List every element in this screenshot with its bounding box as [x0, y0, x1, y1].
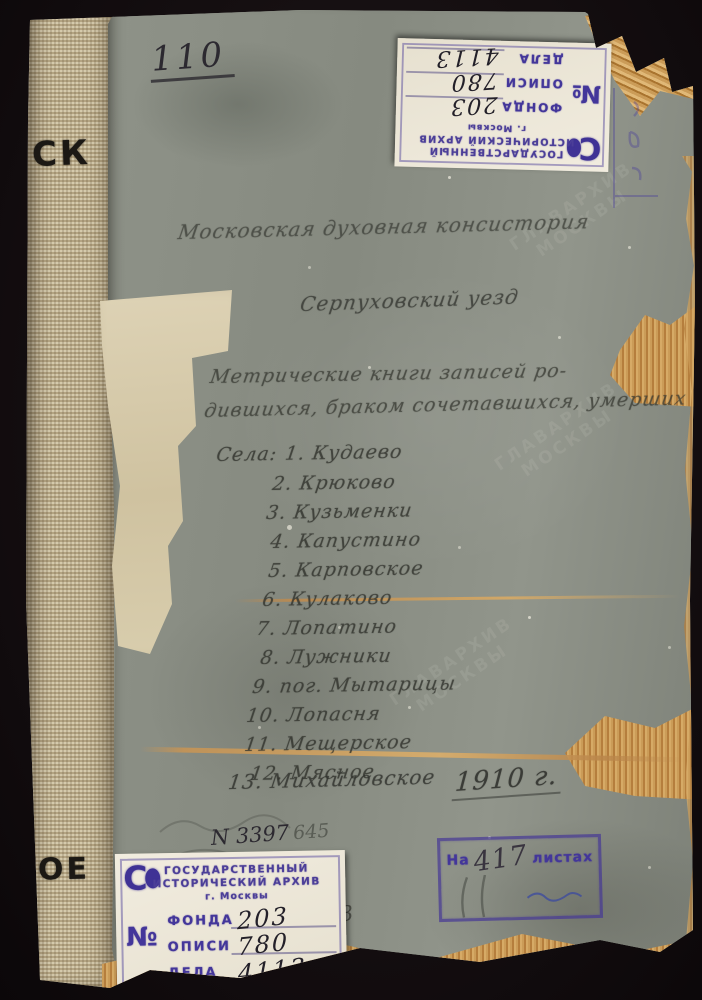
village-list-prefix: Села:	[215, 443, 279, 466]
village-row: 7. Лопатино	[254, 615, 458, 647]
village-name: Кузьменки	[292, 499, 414, 523]
village-num: 10.	[245, 704, 281, 727]
village-final-num: 13.	[227, 769, 265, 794]
delo-row: ДЕЛА4113	[404, 43, 563, 71]
numero-sign: №	[126, 922, 158, 987]
book-spine-canvas: СК ОЕ	[22, 6, 114, 988]
archive-logo-letter: С	[579, 134, 602, 162]
fond-value: 203	[448, 93, 497, 118]
village-num: 2.	[271, 473, 294, 495]
archive-name: ГОСУДАРСТВЕННЫЙ ИСТОРИЧЕСКИЙ АРХИВ г. Мо…	[152, 862, 321, 904]
village-name: пог. Мытарицы	[278, 672, 457, 697]
spine-code-top: СК	[31, 133, 91, 175]
faint-stamp-marks	[600, 84, 670, 214]
delo-row: ДЕЛА4113	[168, 957, 339, 986]
label-header: С ГОСУДАРСТВЕННЫЙ ИСТОРИЧЕСКИЙ АРХИВ г. …	[394, 119, 609, 172]
opis-row: ОПИСИ780	[404, 67, 563, 95]
archive-logo-letter: С	[123, 863, 148, 893]
sheet-count-prefix: На	[446, 852, 470, 869]
village-row: 9. пог. Мытарицы	[250, 672, 458, 705]
spine-code-bottom: ОЕ	[38, 852, 91, 888]
verification-signature-scribble	[441, 872, 592, 920]
sheet-count-value: 417	[472, 840, 531, 879]
delo-label: ДЕЛА	[168, 965, 230, 981]
village-row: 5. Карповское	[266, 557, 458, 589]
opis-label: ОПИСИ	[505, 74, 563, 89]
opis-row: ОПИСИ780	[168, 931, 339, 960]
sheet-count-suffix: листах	[532, 849, 593, 867]
fond-row: ФОНДА203	[167, 905, 338, 934]
inventory-pencil: 645	[292, 820, 330, 844]
archive-name: ГОСУДАРСТВЕННЫЙ ИСТОРИЧЕСКИЙ АРХИВ г. Мо…	[418, 120, 575, 160]
label-rows: ФОНДА203 ОПИСИ780 ДЕЛА4113	[167, 905, 339, 986]
fond-row: ФОНДА203	[403, 91, 562, 119]
village-num: 11.	[243, 733, 279, 756]
village-row: 6. Кулаково	[260, 586, 458, 618]
fond-label: ФОНДА	[504, 99, 562, 114]
village-num: 9.	[251, 676, 274, 698]
village-num: 1.	[284, 442, 307, 464]
village-num: 7.	[255, 618, 278, 640]
village-num: 6.	[261, 589, 284, 611]
opis-value: 780	[449, 69, 498, 94]
sheet-count-stamp: На 417 листах	[437, 834, 603, 922]
village-row: 4. Капустино	[268, 528, 458, 560]
delo-label: ДЕЛА	[506, 50, 564, 65]
village-name: Капустино	[296, 528, 423, 552]
delo-value: 4113	[434, 44, 499, 70]
label-body: № ФОНДА203 ОПИСИ780 ДЕЛА4113	[396, 43, 612, 125]
sheet-count-line: На 417 листах	[440, 837, 599, 876]
fond-label: ФОНДА	[167, 913, 229, 929]
stamp-line	[232, 977, 337, 981]
village-name: Лопасня	[285, 703, 382, 727]
village-name: Крюково	[298, 471, 397, 495]
village-list: Села:1. Кудаево 2. Крюково 3. Кузьменки …	[218, 444, 457, 792]
village-row: 2. Крюково	[270, 470, 458, 502]
village-row: 8. Лужники	[258, 644, 458, 676]
village-num: 5.	[267, 560, 290, 582]
village-name: Кудаево	[311, 441, 404, 465]
village-name: Лужники	[286, 645, 393, 669]
village-num: 3.	[265, 502, 288, 524]
cover-number: 110	[148, 34, 235, 83]
village-row: Села:1. Кудаево	[214, 440, 458, 473]
village-num: 4.	[269, 531, 292, 553]
village-row: 10. Лопасня	[244, 701, 458, 734]
archive-label-bottom: С ГОСУДАРСТВЕННЫЙ ИСТОРИЧЕСКИЙ АРХИВ г. …	[115, 850, 347, 992]
village-name: Карповское	[294, 557, 425, 581]
village-final-name: Михайловское	[269, 765, 437, 793]
paper-specks	[108, 6, 111, 9]
label-body: № ФОНДА203 ОПИСИ780 ДЕЛА4113	[116, 901, 347, 987]
opis-label: ОПИСИ	[168, 939, 230, 955]
village-name: Кулаково	[288, 587, 394, 611]
archive-label-top: С ГОСУДАРСТВЕННЫЙ ИСТОРИЧЕСКИЙ АРХИВ г. …	[394, 38, 611, 172]
village-num: 8.	[259, 647, 282, 669]
book-cover: СК ОЕ ГЛАВАРХИВ МОСКВЫ ГЛАВАРХИВ МОСКВЫ …	[22, 6, 698, 988]
label-header: С ГОСУДАРСТВЕННЫЙ ИСТОРИЧЕСКИЙ АРХИВ г. …	[115, 850, 346, 905]
numero-sign: №	[572, 47, 603, 107]
archival-book-cover-photo: СК ОЕ ГЛАВАРХИВ МОСКВЫ ГЛАВАРХИВ МОСКВЫ …	[0, 0, 702, 1000]
village-name: Лопатино	[282, 616, 398, 640]
delo-value: 4113	[238, 955, 307, 986]
village-name: Мещерское	[283, 731, 413, 755]
village-row: 3. Кузьменки	[264, 499, 458, 531]
label-rows: ФОНДА203 ОПИСИ780 ДЕЛА4113	[403, 43, 564, 120]
village-row: 11. Мещерское	[242, 730, 458, 763]
